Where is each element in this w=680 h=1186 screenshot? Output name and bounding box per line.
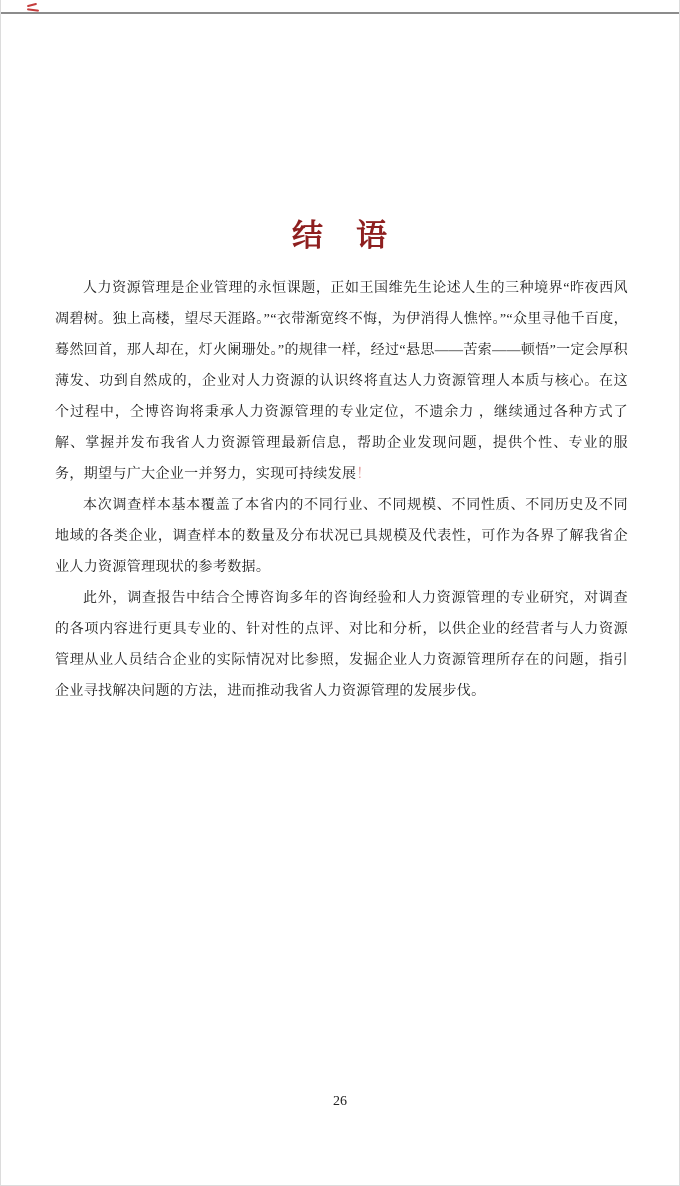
- page-title: 结 语: [1, 210, 679, 255]
- paragraph-1: 人力资源管理是企业管理的永恒课题，正如王国维先生论述人生的三种境界“昨夜西风凋碧…: [55, 273, 628, 490]
- paragraph-1-exclamation: ！: [356, 467, 370, 482]
- document-page: 结 语 人力资源管理是企业管理的永恒课题，正如王国维先生论述人生的三种境界“昨夜…: [0, 0, 680, 1186]
- paragraph-3: 此外，调查报告中结合仝博咨询多年的咨询经验和人力资源管理的专业研究，对调查的各项…: [55, 583, 628, 707]
- top-border-rule: [1, 12, 679, 14]
- paragraph-1-text: 人力资源管理是企业管理的永恒课题，正如王国维先生论述人生的三种境界“昨夜西风凋碧…: [55, 281, 628, 482]
- red-corner-artifact: [25, 3, 41, 13]
- paragraph-2: 本次调查样本基本覆盖了本省内的不同行业、不同规模、不同性质、不同历史及不同地域的…: [55, 490, 628, 583]
- page-number: 26: [1, 1094, 679, 1110]
- body-text: 人力资源管理是企业管理的永恒课题，正如王国维先生论述人生的三种境界“昨夜西风凋碧…: [55, 273, 628, 707]
